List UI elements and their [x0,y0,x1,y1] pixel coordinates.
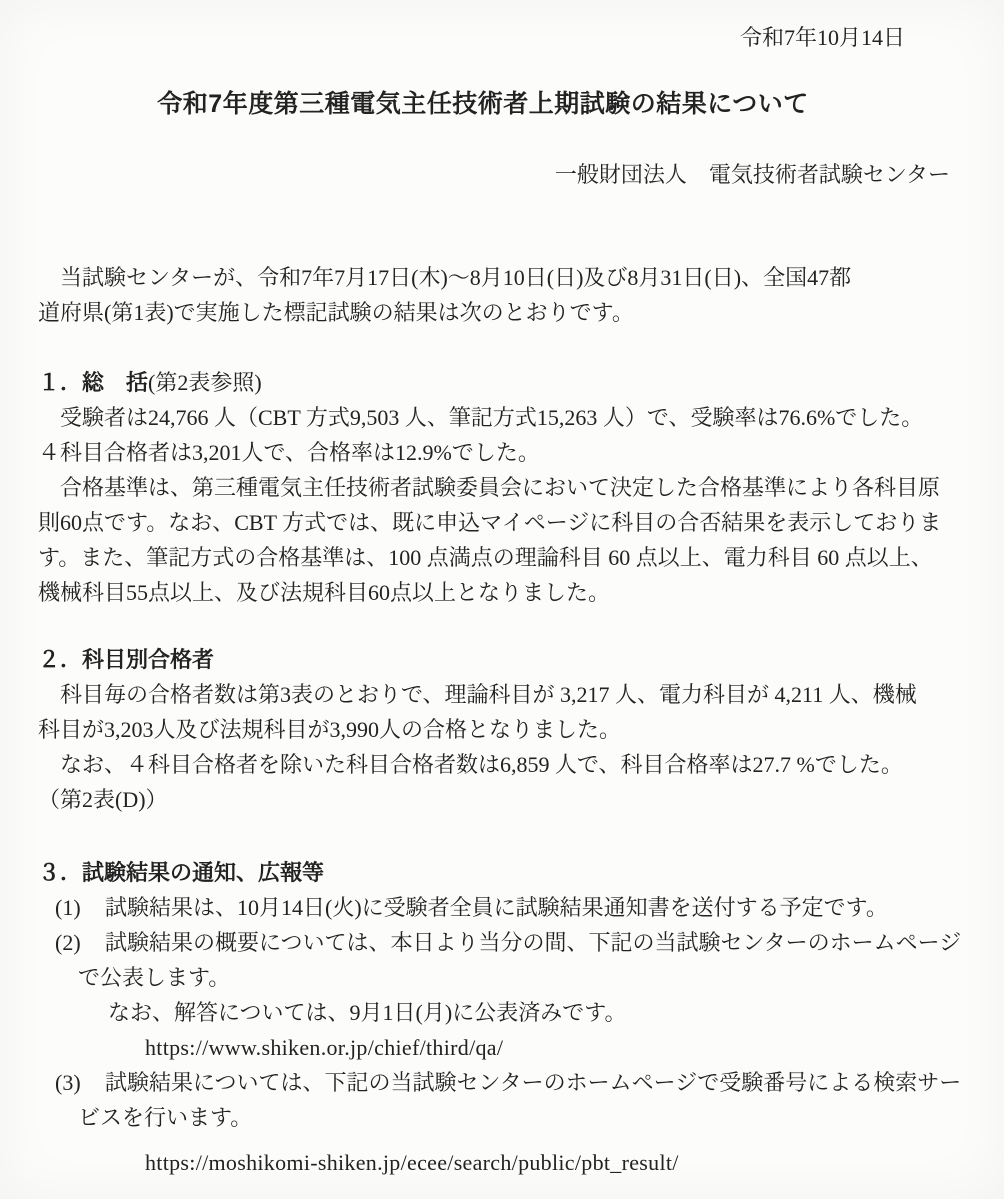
section1-line: す。また、筆記方式の合格基準は、100 点満点の理論科目 60 点以上、電力科目… [38,540,980,575]
item-3-number: (3) [38,1065,105,1100]
section2-line: 科目毎の合格者数は第3表のとおりで、理論科目が 3,217 人、電力科目が 4,… [38,677,980,712]
item-2-text: 試験結果の概要については、本日より当分の間、下記の当試験センターのホームページ [105,925,961,960]
section2-line: なお、４科目合格者を除いた科目合格者数は6,859 人で、科目合格率は27.7 … [38,747,980,782]
item-3-continuation: ビスを行います。 [38,1100,980,1135]
section1-line: ４科目合格者は3,201人で、合格率は12.9%でした。 [38,435,980,470]
section1-line: 機械科目55点以上、及び法規科目60点以上となりました。 [38,575,980,610]
section1-heading-note: (第2表参照) [148,370,262,395]
section1-heading: １．総 括(第2表参照) [38,365,980,400]
section1-line: 合格基準は、第三種電気主任技術者試験委員会において決定した合格基準により各科目原 [38,470,980,505]
document-page: 令和7年10月14日 令和7年度第三種電気主任技術者上期試験の結果について 一般… [0,0,1004,1199]
intro-line: 当試験センターが、令和7年7月17日(木)～8月10日(日)及び8月31日(日)… [38,260,980,295]
item-1-number: (1) [38,890,105,925]
item-1-text: 試験結果は、10月14日(火)に受験者全員に試験結果通知書を送付する予定です。 [105,890,888,925]
notice-item-3: (3) 試験結果については、下記の当試験センターのホームページで受験番号による検… [38,1065,980,1100]
item-2-continuation: で公表します。 [38,960,980,995]
section2-line: （第2表(D)） [38,782,980,817]
item-3-text: 試験結果については、下記の当試験センターのホームページで受験番号による検索サー [105,1065,961,1100]
section2-line: 科目が3,203人及び法規科目が3,990人の合格となりました。 [38,712,980,747]
section1-heading-title: １．総 括 [38,370,148,395]
notice-item-1: (1) 試験結果は、10月14日(火)に受験者全員に試験結果通知書を送付する予定… [38,890,980,925]
issuer-organization: 一般財団法人 電気技術者試験センター [38,157,980,192]
intro-line: 道府県(第1表)で実施した標記試験の結果は次のとおりです。 [38,295,980,330]
section1-line: 則60点です。なお、CBT 方式では、既に申込マイページに科目の合否結果を表示し… [38,505,980,540]
item-2-number: (2) [38,925,105,960]
url-moshikomi-result: https://moshikomi-shiken.jp/ecee/search/… [38,1145,980,1180]
section1-line: 受験者は24,766 人（CBT 方式9,503 人、筆記方式15,263 人）… [38,400,980,435]
url-shiken-qa: https://www.shiken.or.jp/chief/third/qa/ [38,1030,980,1065]
intro-paragraph: 当試験センターが、令和7年7月17日(木)～8月10日(日)及び8月31日(日)… [38,260,980,330]
document-content: 令和7年10月14日 令和7年度第三種電気主任技術者上期試験の結果について 一般… [0,0,1004,1180]
section3-heading: ３．試験結果の通知、広報等 [38,855,980,890]
document-title: 令和7年度第三種電気主任技術者上期試験の結果について [38,87,980,122]
section2-heading: ２．科目別合格者 [38,642,980,677]
document-date: 令和7年10月14日 [38,20,980,55]
notice-item-2: (2) 試験結果の概要については、本日より当分の間、下記の当試験センターのホーム… [38,925,980,960]
answer-publication-note: なお、解答については、9月1日(月)に公表済みです。 [38,995,980,1030]
